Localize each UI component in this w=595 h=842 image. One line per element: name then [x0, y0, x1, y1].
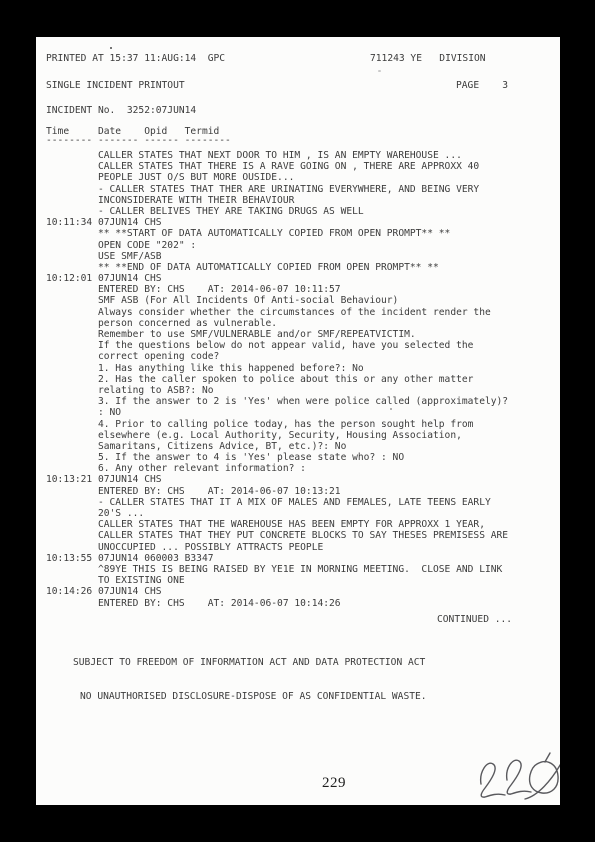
log-line: ENTERED BY: CHS AT: 2014-06-07 10:11:57 [46, 284, 508, 295]
log-line: relating to ASB?: No [46, 385, 508, 396]
scanned-document-page: PRINTED AT 15:37 11:AUG:14 GPC711243 YE … [36, 37, 560, 805]
handwritten-page-number: 220 [475, 752, 560, 805]
log-line: - CALLER STATES THAT THER ARE URINATING … [46, 184, 508, 195]
log-line: 2. Has the caller spoken to police about… [46, 374, 508, 385]
scan-artifact-dot [273, 568, 275, 570]
document-title-line: SINGLE INCIDENT PRINTOUTPAGE 3 [46, 80, 556, 91]
log-line: Samaritans, Citizens Advice, BT, etc.)?:… [46, 441, 508, 452]
print-meta-line: PRINTED AT 15:37 11:AUG:14 GPC711243 YE … [46, 53, 556, 64]
log-line: USE SMF/ASB [46, 251, 508, 262]
printed-page-number: 229 [322, 775, 346, 792]
scan-artifact-dot [378, 70, 381, 72]
log-line: 1. Has anything like this happened befor… [46, 363, 508, 374]
log-line: 10:11:34 07JUN14 CHS [46, 217, 508, 228]
log-line: ENTERED BY: CHS AT: 2014-06-07 10:14:26 [46, 598, 508, 609]
log-line: OPEN CODE "202" : [46, 240, 508, 251]
log-line: 3. If the answer to 2 is 'Yes' when were… [46, 396, 508, 407]
log-line: INCONSIDERATE WITH THEIR BEHAVIOUR [46, 195, 508, 206]
log-line: 10:13:21 07JUN14 CHS [46, 474, 508, 485]
log-line: TO EXISTING ONE [46, 575, 508, 586]
log-line: person concerned as vulnerable. [46, 318, 508, 329]
log-line: CALLER STATES THAT NEXT DOOR TO HIM , IS… [46, 150, 508, 161]
log-line: elsewhere (e.g. Local Authority, Securit… [46, 430, 508, 441]
log-line: : NO [46, 407, 508, 418]
log-line: 10:13:55 07JUN14 060003 B3347 [46, 553, 508, 564]
log-line: - CALLER BELIVES THEY ARE TAKING DRUGS A… [46, 206, 508, 217]
log-line: 6. Any other relevant information? : [46, 463, 508, 474]
log-line: ** **START OF DATA AUTOMATICALLY COPIED … [46, 228, 508, 239]
log-line: If the questions below do not appear val… [46, 340, 508, 351]
log-line: 10:12:01 07JUN14 CHS [46, 273, 508, 284]
incident-log: CALLER STATES THAT NEXT DOOR TO HIM , IS… [46, 150, 508, 609]
log-line: 4. Prior to calling police today, has th… [46, 419, 508, 430]
page-label: PAGE 3 [456, 80, 508, 91]
document-title: SINGLE INCIDENT PRINTOUT [46, 80, 185, 91]
log-line: UNOCCUPIED ... POSSIBLY ATTRACTS PEOPLE [46, 542, 508, 553]
division-reference: 711243 YE DIVISION [370, 53, 486, 64]
log-line: - CALLER STATES THAT IT A MIX OF MALES A… [46, 497, 508, 508]
log-line: PEOPLE JUST O/S BUT MORE OUSIDE... [46, 172, 508, 183]
log-line: ** **END OF DATA AUTOMATICALLY COPIED FR… [46, 262, 508, 273]
scan-artifact-dot [110, 47, 112, 49]
log-column-rule: -------- ------- ------ -------- [46, 135, 556, 146]
handwritten-ink-icon [475, 752, 560, 805]
incident-number: INCIDENT No. 3252:07JUN14 [46, 105, 556, 116]
confidentiality-footer: SUBJECT TO FREEDOM OF INFORMATION ACT AN… [46, 635, 427, 725]
log-line: SMF ASB (For All Incidents Of Anti-socia… [46, 295, 508, 306]
log-line: CALLER STATES THAT THERE IS A RAVE GOING… [46, 161, 508, 172]
footer-line-1: SUBJECT TO FREEDOM OF INFORMATION ACT AN… [46, 657, 427, 668]
printed-at-text: PRINTED AT 15:37 11:AUG:14 GPC [46, 53, 225, 64]
log-line: CALLER STATES THAT THE WAREHOUSE HAS BEE… [46, 519, 508, 530]
log-line: 5. If the answer to 4 is 'Yes' please st… [46, 452, 508, 463]
scan-artifact-dot [390, 408, 392, 410]
log-line: Remember to use SMF/VULNERABLE and/or SM… [46, 329, 508, 340]
log-line: 20'S ... [46, 508, 508, 519]
log-line: correct opening code? [46, 351, 508, 362]
log-line: Always consider whether the circumstance… [46, 307, 508, 318]
log-line: ^89YE THIS IS BEING RAISED BY YE1E IN MO… [46, 564, 508, 575]
footer-line-2: NO UNAUTHORISED DISCLOSURE-DISPOSE OF AS… [46, 691, 427, 702]
log-line: ENTERED BY: CHS AT: 2014-06-07 10:13:21 [46, 486, 508, 497]
log-line: 10:14:26 07JUN14 CHS [46, 586, 508, 597]
log-line: CALLER STATES THAT THEY PUT CONCRETE BLO… [46, 530, 508, 541]
continued-label: CONTINUED ... [437, 614, 512, 625]
